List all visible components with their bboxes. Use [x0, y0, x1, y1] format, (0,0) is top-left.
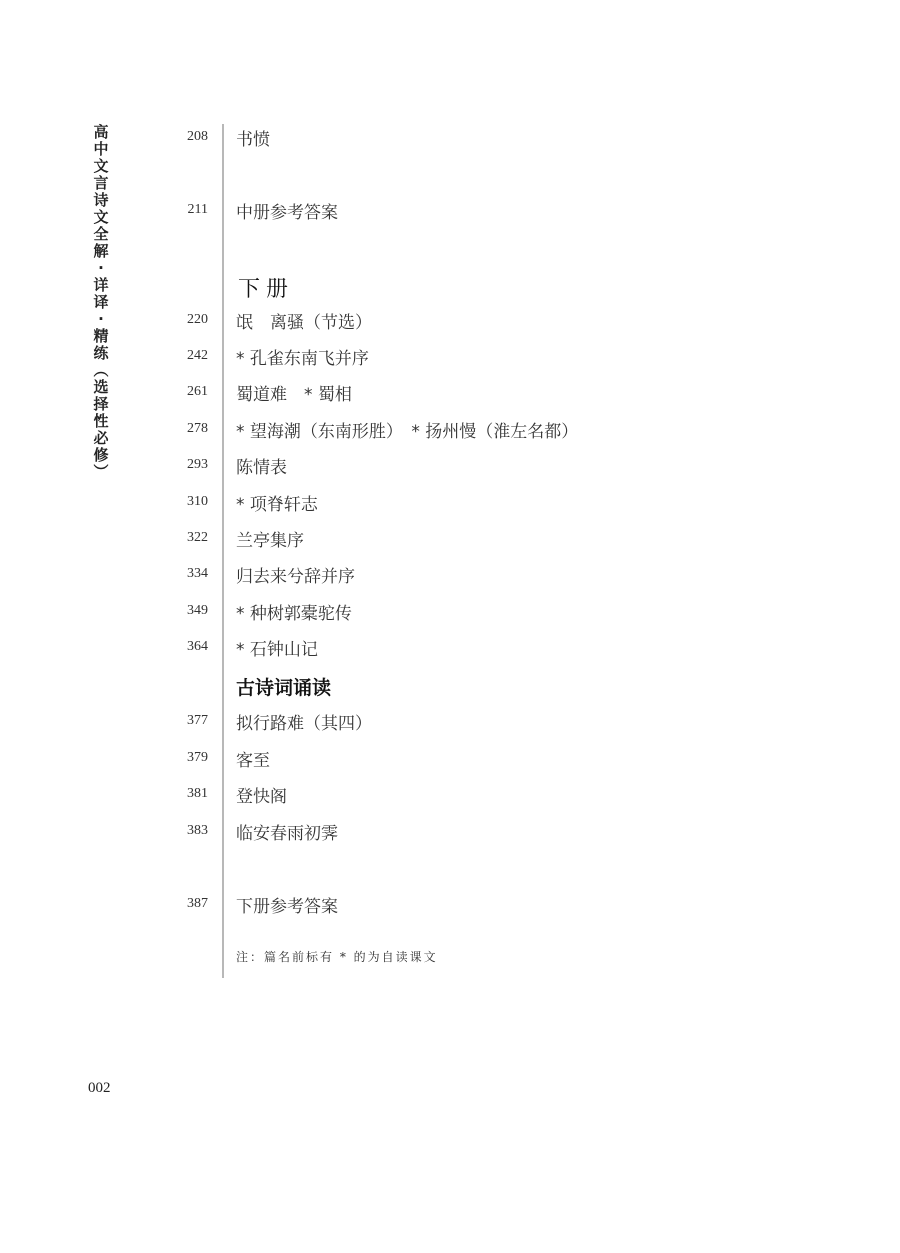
- page-number: 322: [150, 530, 208, 546]
- page-number: 278: [150, 421, 208, 437]
- toc-entry[interactable]: 364 * 石钟山记: [0, 635, 900, 659]
- page-number: 208: [150, 129, 208, 145]
- spine-char: 言: [92, 175, 110, 192]
- entry-title: 中册参考答案: [236, 198, 338, 223]
- entry-title: 下册参考答案: [236, 892, 338, 917]
- entry-title: 书愤: [236, 125, 270, 150]
- spine-char: 详: [92, 277, 110, 294]
- page-number: 220: [150, 312, 208, 328]
- page-number: 364: [150, 639, 208, 655]
- page-number: 293: [150, 457, 208, 473]
- entry-title: * 石钟山记: [236, 635, 318, 660]
- entry-title: 客至: [236, 746, 270, 771]
- entry-title: * 孔雀东南飞并序: [236, 344, 369, 369]
- toc-entry[interactable]: 381 登快阁: [0, 782, 900, 806]
- toc-entry[interactable]: 293 陈情表: [0, 453, 900, 477]
- toc-entry[interactable]: 387 下册参考答案: [0, 892, 900, 916]
- page-number: 387: [150, 896, 208, 912]
- spine-char: ·: [92, 260, 110, 277]
- entry-title: 临安春雨初霁: [236, 819, 338, 844]
- page-number: 379: [150, 750, 208, 766]
- entry-title: * 项脊轩志: [236, 490, 318, 515]
- toc-entry[interactable]: 261 蜀道难 * 蜀相: [0, 380, 900, 404]
- toc-entry[interactable]: 310 * 项脊轩志: [0, 490, 900, 514]
- spine-char: 解: [92, 243, 110, 260]
- entry-title: * 望海潮（东南形胜） * 扬州慢（淮左名都）: [236, 417, 578, 442]
- toc-entry[interactable]: 220 氓 离骚（节选）: [0, 308, 900, 332]
- page-number: 242: [150, 348, 208, 364]
- page-number: 334: [150, 566, 208, 582]
- toc-entry[interactable]: 322 兰亭集序: [0, 526, 900, 550]
- toc-entry[interactable]: 379 客至: [0, 746, 900, 770]
- toc-entry[interactable]: 383 临安春雨初霁: [0, 819, 900, 843]
- page-number: 381: [150, 786, 208, 802]
- page-number: 377: [150, 713, 208, 729]
- toc-entry[interactable]: 377 拟行路难（其四）: [0, 709, 900, 733]
- page-folio: 002: [88, 1080, 111, 1097]
- entry-title: 归去来兮辞并序: [236, 562, 355, 587]
- page-number: 383: [150, 823, 208, 839]
- spine-char: 全: [92, 226, 110, 243]
- subsection-heading-recitation: 古诗词诵读: [236, 673, 331, 700]
- toc-entry[interactable]: 278 * 望海潮（东南形胜） * 扬州慢（淮左名都）: [0, 417, 900, 441]
- toc-entry[interactable]: 349 * 种树郭橐驼传: [0, 599, 900, 623]
- toc-entry[interactable]: 242 * 孔雀东南飞并序: [0, 344, 900, 368]
- toc-entry[interactable]: 211 中册参考答案: [0, 198, 900, 222]
- toc-entry[interactable]: 208 书愤: [0, 125, 900, 149]
- page-number: 349: [150, 603, 208, 619]
- entry-title: 拟行路难（其四）: [236, 709, 372, 734]
- footnote: 注：篇名前标有 * 的为自读课文: [236, 948, 438, 965]
- toc-divider-line: [222, 124, 224, 978]
- entry-title: 氓 离骚（节选）: [236, 308, 372, 333]
- spine-char: 文: [92, 158, 110, 175]
- entry-title: 登快阁: [236, 782, 287, 807]
- entry-title: 兰亭集序: [236, 526, 304, 551]
- entry-title: 陈情表: [236, 453, 287, 478]
- page-number: 310: [150, 494, 208, 510]
- page-number: 261: [150, 384, 208, 400]
- section-heading-lower-volume: 下册: [238, 272, 294, 303]
- page-number: 211: [150, 202, 208, 218]
- toc-entry[interactable]: 334 归去来兮辞并序: [0, 562, 900, 586]
- entry-title: * 种树郭橐驼传: [236, 599, 352, 624]
- entry-title: 蜀道难 * 蜀相: [236, 380, 352, 405]
